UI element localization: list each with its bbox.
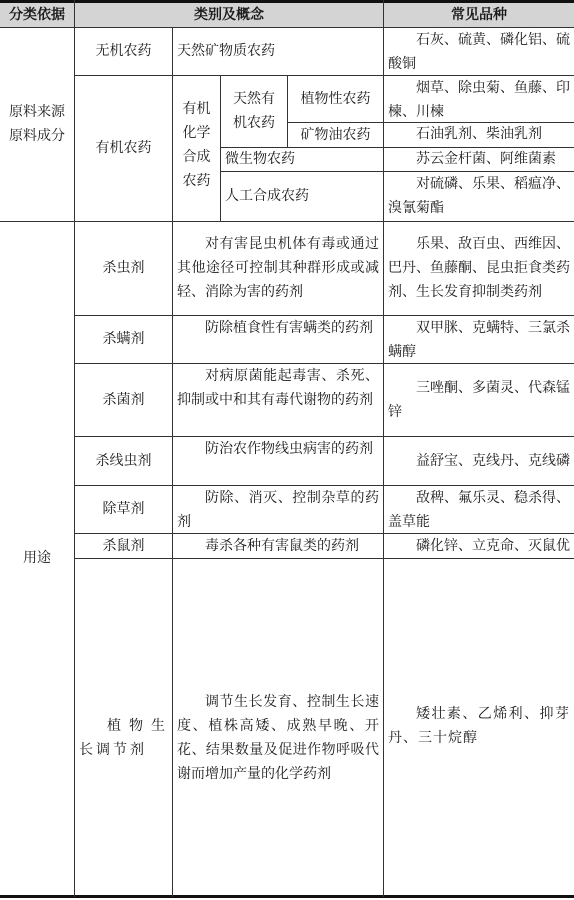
examples-synthetic: 对硫磷、乐果、稻瘟净、溴氰菊酯: [384, 172, 574, 221]
concept-microbial: 微生物农药: [221, 147, 383, 171]
row-line: [74, 315, 574, 316]
concept-rodenticide: 毒杀各种有害鼠类的药剂: [173, 534, 383, 558]
row-line: [74, 75, 574, 76]
header-divider: [0, 27, 574, 28]
bottom-border: [0, 895, 574, 898]
examples-microbial: 苏云金杆菌、阿维菌素: [384, 147, 574, 171]
examples-herbicide: 敌稗、氟乐灵、稳杀得、盖草能: [384, 486, 574, 534]
row-line: [220, 171, 574, 172]
section-divider: [0, 221, 574, 222]
row-line: [74, 558, 574, 559]
concept-botanical: 植物性农药: [288, 75, 383, 122]
examples-botanical: 烟草、除虫菊、鱼藤、印楝、川楝: [384, 76, 574, 122]
row-line: [74, 363, 574, 364]
examples-mineral-oil: 石油乳剂、柴油乳剂: [384, 122, 574, 147]
basis-line-1: 原料来源: [9, 100, 65, 124]
category-acaricide: 杀螨剂: [75, 315, 172, 363]
category-insecticide: 杀虫剂: [75, 221, 172, 315]
category-inorganic: 无机农药: [75, 27, 172, 75]
basis-usage: 用途: [0, 221, 74, 895]
examples-acaricide: 双甲脒、克螨特、三氯杀螨醇: [384, 316, 574, 364]
examples-fungicide: 三唑酮、多菌灵、代森锰锌: [384, 376, 574, 424]
header-examples: 常见品种: [384, 3, 574, 27]
category-organic: 有机农药: [75, 75, 172, 221]
synthetic-line-1: 有机: [173, 97, 220, 121]
concept-fungicide: 对病原菌能起毒害、杀死、抑制或中和其有毒代谢物的药剂: [173, 364, 383, 412]
concept-inorganic: 天然矿物质农药: [173, 27, 383, 75]
col-line: [74, 0, 75, 897]
synthetic-line-4: 农药: [173, 169, 220, 193]
row-line: [287, 122, 574, 123]
concept-plant-growth-regulator: 调节生长发育、控制生长速度、植株高矮、成熟早晚、开花、结果数量及促进作物呼吸代谢…: [173, 690, 383, 786]
examples-nematicide: 益舒宝、克线丹、克线磷: [384, 449, 574, 473]
natural-line-2: 机农药: [221, 111, 287, 135]
row-line: [74, 436, 574, 437]
concept-synthetic: 人工合成农药: [221, 171, 383, 221]
col-line: [220, 75, 221, 221]
col-line: [172, 27, 173, 897]
concept-herbicide: 防除、消灭、控制杂草的药剂: [173, 486, 383, 534]
examples-plant-growth-regulator: 矮壮素、乙烯利、抑芽丹、三十烷醇: [384, 702, 574, 750]
row-line: [74, 485, 574, 486]
natural-line-1: 天然有: [221, 87, 287, 111]
category-fungicide: 杀菌剂: [75, 363, 172, 436]
concept-mineral-oil: 矿物油农药: [288, 122, 383, 147]
basis-line-2: 原料成分: [9, 124, 65, 148]
category-plant-growth-regulator: 植物生长调节剂: [75, 714, 172, 762]
group-organic-synthetic: 有机 化学 合成 农药: [173, 97, 220, 193]
row-line: [74, 533, 574, 534]
examples-insecticide: 乐果、敌百虫、西维因、巴丹、鱼藤酮、昆虫拒食类药剂、生长发育抑制类药剂: [384, 232, 574, 304]
top-border: [0, 0, 574, 3]
basis-raw-material: 原料来源 原料成分: [0, 27, 74, 221]
concept-acaricide: 防除植食性有害螨类的药剂: [173, 316, 383, 340]
examples-rodenticide: 磷化锌、立克命、灭鼠优: [384, 534, 574, 558]
group-natural-organic: 天然有 机农药: [221, 87, 287, 135]
category-nematicide: 杀线虫剂: [75, 436, 172, 485]
examples-inorganic: 石灰、硫黄、磷化铝、硫酸铜: [384, 28, 574, 75]
row-line: [220, 147, 574, 148]
col-line: [287, 75, 288, 147]
col-line: [383, 0, 384, 897]
category-herbicide: 除草剂: [75, 485, 172, 533]
category-rodenticide: 杀鼠剂: [75, 533, 172, 558]
header-basis: 分类依据: [0, 3, 74, 27]
header-category-concept: 类别及概念: [75, 3, 383, 27]
synthetic-line-3: 合成: [173, 145, 220, 169]
concept-nematicide: 防治农作物线虫病害的药剂: [173, 437, 383, 461]
synthetic-line-2: 化学: [173, 121, 220, 145]
concept-insecticide: 对有害昆虫机体有毒或通过其他途径可控制其种群形成或减轻、消除为害的药剂: [173, 232, 383, 304]
